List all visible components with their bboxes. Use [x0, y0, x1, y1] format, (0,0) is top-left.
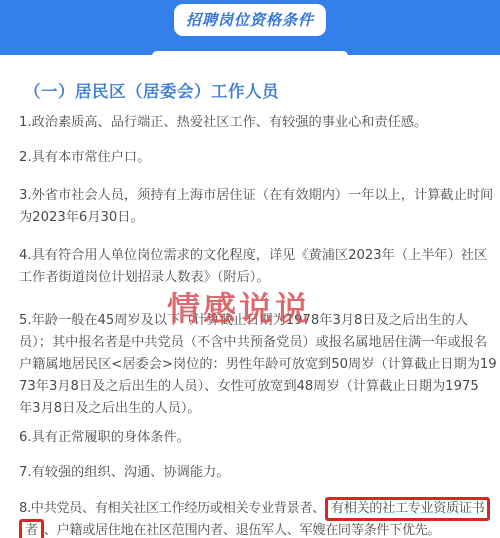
recruitment-notice-page: 招聘岗位资格条件 （一）居民区（居委会）工作人员 1.政治素质高、品行端正、热爱… [0, 0, 500, 538]
item8-highlight-certificate: 有相关的社工专业资质证书 [325, 497, 490, 521]
requirement-item-8: 8.中共党员、有相关社区工作经历或相关专业背景者、有相关的社工专业资质证书者、户… [19, 498, 490, 538]
content-card-tab [152, 51, 348, 61]
item8-text-line2: 、户籍或居住地在社区范围内者、退伍军人、军嫂在同等条件下优先。 [44, 523, 440, 538]
section-title: （一）居民区（居委会）工作人员 [24, 78, 279, 102]
requirement-item-3: 3.外省市社会人员，须持有上海市居住证（在有效期内）一年以上，计算截止时间 为2… [19, 185, 493, 229]
requirement-item-7: 7.有较强的组织、沟通、协调能力。 [19, 462, 229, 484]
header-badge-label: 招聘岗位资格条件 [186, 11, 314, 29]
header-badge: 招聘岗位资格条件 [174, 4, 326, 36]
requirement-item-1: 1.政治素质高、品行端正、热爱社区工作、有较强的事业心和责任感。 [19, 112, 427, 134]
item8-text-line1: 8.中共党员、有相关社区工作经历或相关专业背景者、 [19, 501, 325, 516]
header-bar: 招聘岗位资格条件 [0, 0, 500, 55]
item8-highlight-zhe: 者 [19, 519, 44, 538]
requirement-item-2: 2.具有本市常住户口。 [19, 147, 150, 169]
requirement-item-6: 6.具有正常履职的身体条件。 [19, 427, 190, 449]
watermark-text: 情感说说 [167, 283, 311, 330]
